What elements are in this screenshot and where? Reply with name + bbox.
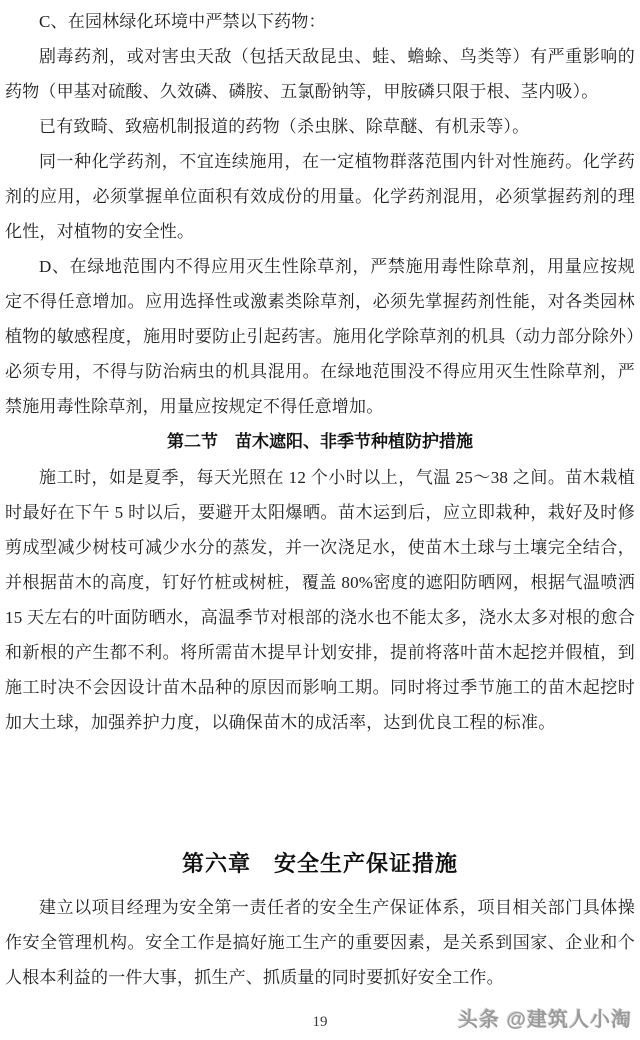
- watermark-toutiao: 头条 @建筑人小淘: [458, 1003, 632, 1032]
- chapter-heading-safety-production: 第六章 安全生产保证措施: [5, 844, 635, 884]
- document-body: C、在园林绿化环境中严禁以下药物： 剧毒药剂，或对害虫天敌（包括天敌昆虫、蛙、蟾…: [0, 0, 640, 995]
- paragraph-prohibited-drugs-intro: C、在园林绿化环境中严禁以下药物：: [5, 4, 635, 39]
- paragraph-chemical-agent-usage: 同一种化学药剂，不宜连续施用，在一定植物群落范围内针对性施药。化学药剂的应用，必…: [5, 144, 635, 249]
- paragraph-seedling-protection: 施工时，如是夏季，每天光照在 12 个小时以上，气温 25～38 之间。苗木栽植…: [5, 460, 635, 740]
- paragraph-herbicide-rules: D、在绿地范围内不得应用灭生性除草剂，严禁施用毒性除草剂，用量应按规定不得任意增…: [5, 249, 635, 424]
- document-page: C、在园林绿化环境中严禁以下药物： 剧毒药剂，或对害虫天敌（包括天敌昆虫、蛙、蟾…: [0, 0, 640, 1040]
- paragraph-safety-system: 建立以项目经理为安全第一责任者的安全生产保证体系，项目相关部门具体操作安全管理机…: [5, 890, 635, 995]
- paragraph-toxic-agents: 剧毒药剂，或对害虫天敌（包括天敌昆虫、蛙、蟾蜍、鸟类等）有严重影响的药物（甲基对…: [5, 39, 635, 109]
- section-heading-seedling-shading: 第二节 苗木遮阳、非季节种植防护措施: [5, 424, 635, 460]
- paragraph-carcinogenic-agents: 已有致畸、致癌机制报道的药物（杀虫脒、除草醚、有机汞等）。: [5, 109, 635, 144]
